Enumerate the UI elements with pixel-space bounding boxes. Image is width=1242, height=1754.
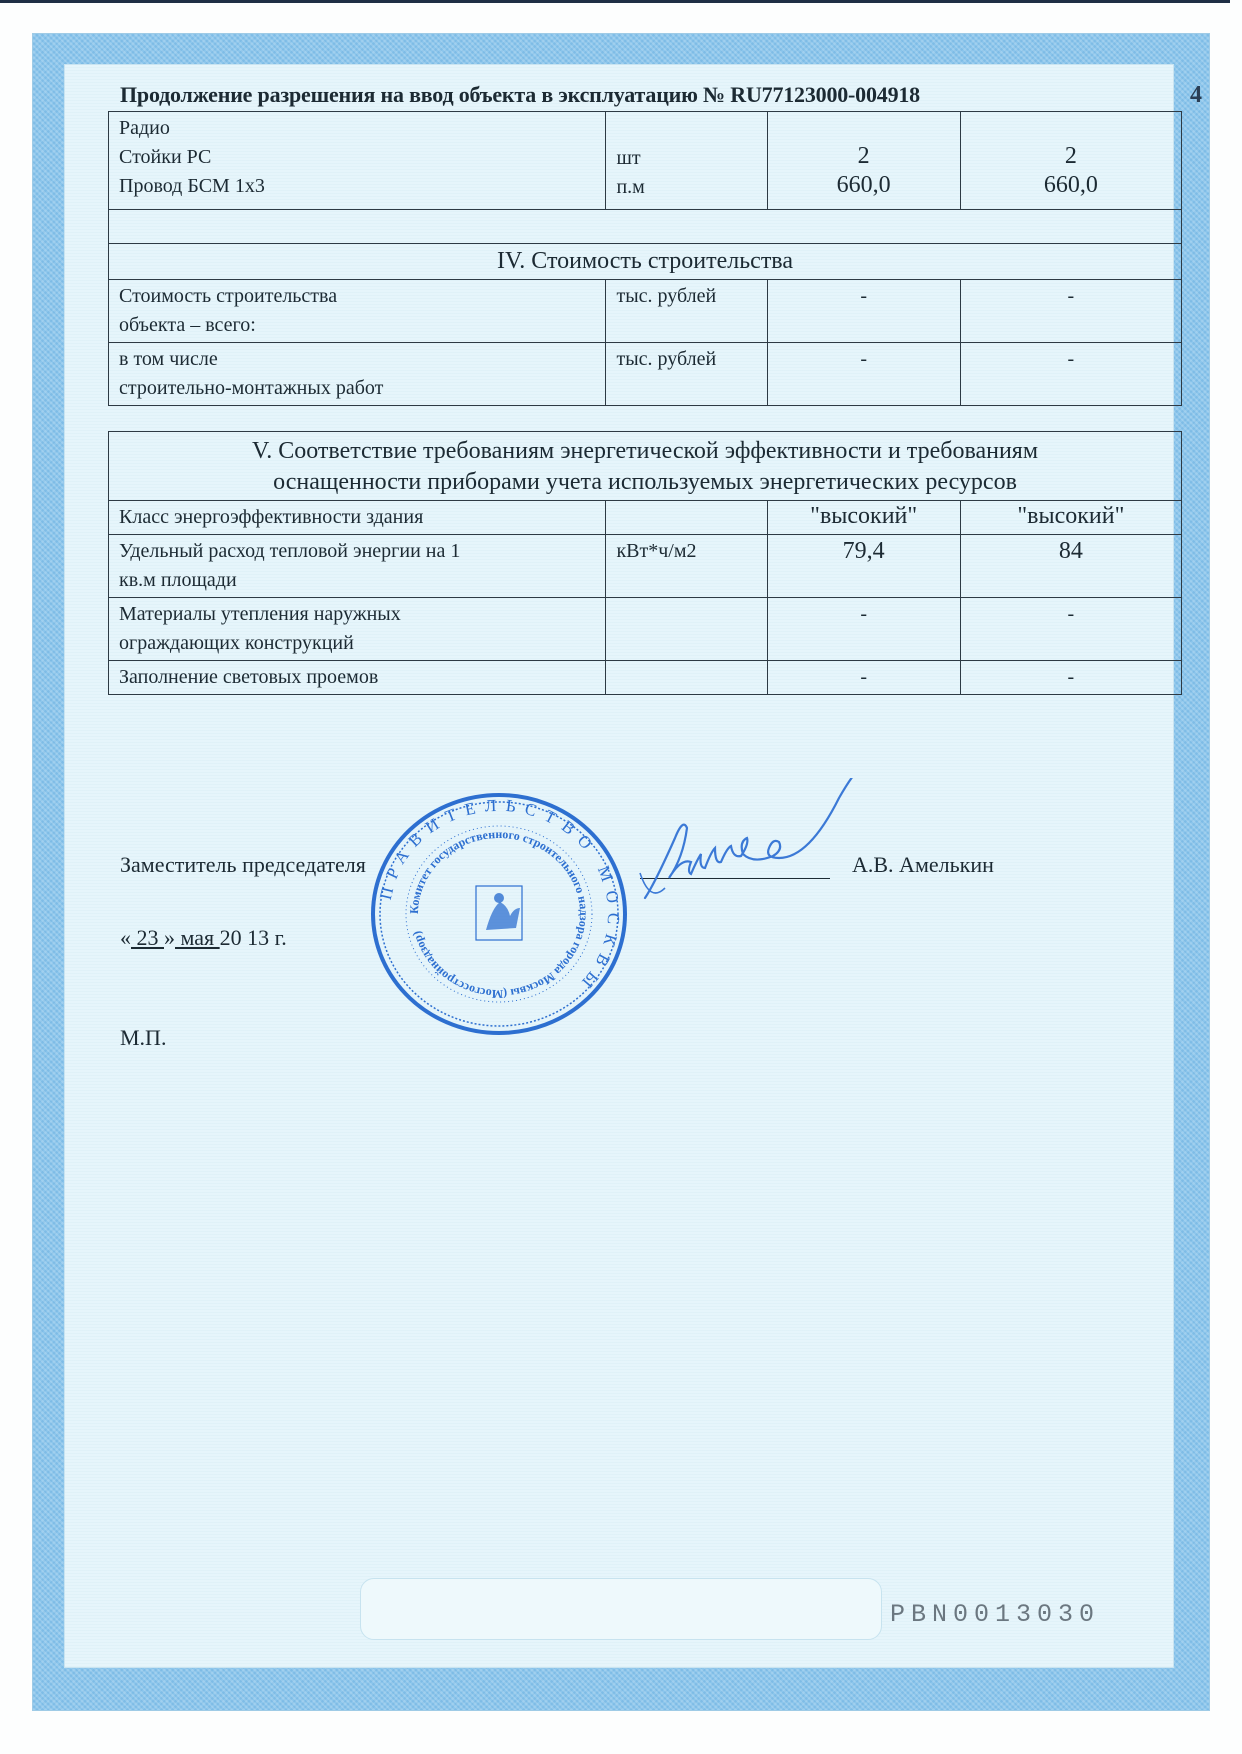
energy-efficiency-table: V. Соответствие требованиям энергетическ… xyxy=(108,431,1182,695)
scan-top-edge xyxy=(0,0,1230,3)
table-row: Заполнение световых проемов - - xyxy=(109,661,1182,695)
actual-value: - xyxy=(960,661,1181,695)
unit: кВт*ч/м2 xyxy=(606,535,767,598)
table-row: Класс энергоэффективности здания "высоки… xyxy=(109,501,1182,535)
item-name: Стойки РС xyxy=(119,143,595,172)
unit xyxy=(606,598,767,661)
unit: п.м xyxy=(616,173,756,202)
equipment-table: Радио Стойки РС Провод БСМ 1х3 шт п.м 2 … xyxy=(108,111,1182,406)
table-row: Материалы утепления наружных ограждающих… xyxy=(109,598,1182,661)
table-row: Удельный расход тепловой энергии на 1 кв… xyxy=(109,535,1182,598)
document-title: Продолжение разрешения на ввод объекта в… xyxy=(120,82,920,108)
actual-value: - xyxy=(960,598,1181,661)
project-value: - xyxy=(767,280,960,343)
row-label: Стоимость строительства xyxy=(119,282,595,311)
section-heading-row: IV. Стоимость строительства xyxy=(109,244,1182,280)
security-watermark-area xyxy=(360,1578,882,1640)
project-value: 660,0 xyxy=(778,171,950,200)
row-label: кв.м площади xyxy=(119,566,595,595)
project-value: - xyxy=(767,598,960,661)
row-label: ограждающих конструкций xyxy=(119,629,595,658)
actual-value: 2 xyxy=(971,142,1171,171)
item-name-cell: Радио Стойки РС Провод БСМ 1х3 xyxy=(109,112,606,210)
official-stamp-icon: ПРАВИТЕЛЬСТВО МОСКВЫ Комитет государстве… xyxy=(368,790,630,1038)
project-value: 2 xyxy=(778,142,950,171)
project-value-cell: 2 660,0 xyxy=(767,112,960,210)
row-label: Удельный расход тепловой энергии на 1 xyxy=(119,537,595,566)
signatory-position: Заместитель председателя xyxy=(120,852,366,878)
project-value: 79,4 xyxy=(767,535,960,598)
actual-value: 84 xyxy=(960,535,1181,598)
item-name: Радио xyxy=(119,114,595,143)
actual-value: - xyxy=(960,280,1181,343)
table-row: Стоимость строительства объекта – всего:… xyxy=(109,280,1182,343)
section-heading-row: V. Соответствие требованиям энергетическ… xyxy=(109,432,1182,501)
actual-value: "высокий" xyxy=(960,501,1181,535)
page-number: 4 xyxy=(1190,82,1202,109)
handwritten-signature-icon xyxy=(625,778,900,913)
section5-heading: V. Соответствие требованиям энергетическ… xyxy=(109,432,1182,501)
unit: тыс. рублей xyxy=(606,280,767,343)
actual-value-cell: 2 660,0 xyxy=(960,112,1181,210)
row-label: Заполнение световых проемов xyxy=(109,661,606,695)
date-month: мая xyxy=(175,925,220,950)
project-value: "высокий" xyxy=(767,501,960,535)
date-year: 20 13 г. xyxy=(220,925,287,950)
table-row: Радио Стойки РС Провод БСМ 1х3 шт п.м 2 … xyxy=(109,112,1182,210)
actual-value: - xyxy=(960,343,1181,406)
item-name: Провод БСМ 1х3 xyxy=(119,172,595,201)
row-label: объекта – всего: xyxy=(119,311,595,340)
actual-value: 660,0 xyxy=(971,171,1171,200)
row-label: Класс энергоэффективности здания xyxy=(109,501,606,535)
seal-place-label: М.П. xyxy=(120,1025,166,1051)
project-value: - xyxy=(767,661,960,695)
unit-cell: шт п.м xyxy=(606,112,767,210)
table-row: в том числе строительно-монтажных работ … xyxy=(109,343,1182,406)
section4-heading: IV. Стоимость строительства xyxy=(109,244,1182,280)
unit: тыс. рублей xyxy=(606,343,767,406)
project-value: - xyxy=(767,343,960,406)
row-label: Материалы утепления наружных xyxy=(119,600,595,629)
unit xyxy=(606,501,767,535)
form-serial-number: PBN0013030 xyxy=(890,1600,1100,1629)
issue-date: « 23 » мая 20 13 г. xyxy=(120,925,287,951)
spacer-row xyxy=(109,210,1182,244)
date-day: 23 xyxy=(131,925,164,950)
row-label: в том числе xyxy=(119,345,595,374)
unit xyxy=(606,661,767,695)
unit: шт xyxy=(616,144,756,173)
row-label: строительно-монтажных работ xyxy=(119,374,595,403)
